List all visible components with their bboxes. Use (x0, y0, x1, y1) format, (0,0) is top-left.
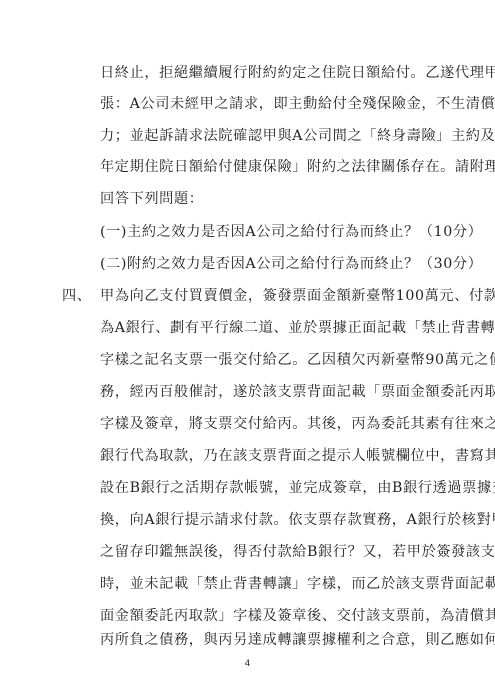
paragraph-line: 力；並起訴請求法院確認甲與A公司間之「終身壽險」主約及「一 (100, 126, 495, 146)
question-line: 時，並未記載「禁止背書轉讓」字樣，而乙於該支票背面記載「票 (100, 574, 495, 594)
question-line: 字樣之記名支票一張交付給乙。乙因積欠丙新臺幣90萬元之債 (100, 350, 495, 370)
paragraph-line: 年定期住院日額給付健康保險」附約之法律關係存在。請附理由 (100, 157, 495, 177)
page-number: 4 (0, 659, 495, 669)
question-line: 之留存印鑑無誤後，得否付款給B銀行？又，若甲於簽發該支票 (100, 542, 495, 562)
paragraph-line: 張：A公司未經甲之請求，即主動給付全殘保險金，不生清償效 (100, 94, 495, 114)
question-line: 為A銀行、劃有平行線二道、並於票據正面記載「禁止背書轉讓」 (100, 318, 495, 338)
question-line: 換，向A銀行提示請求付款。依支票存款實務，A銀行於核對甲 (100, 510, 495, 530)
document-page: 日終止，拒絕繼續履行附約約定之住院日額給付。乙遂代理甲主 張：A公司未經甲之請求… (0, 0, 495, 700)
question-four-first-line: 四、甲為向乙支付買賣價金，簽發票面金額新臺幣100萬元、付款人 (62, 286, 495, 306)
paragraph-line: 日終止，拒絕繼續履行附約約定之住院日額給付。乙遂代理甲主 (100, 63, 495, 83)
question-line: 面金額委託丙取款」字樣及簽章後、交付該支票前，為清償其對 (100, 606, 495, 626)
question-line: 甲為向乙支付買賣價金，簽發票面金額新臺幣100萬元、付款人 (100, 288, 495, 304)
question-line: 字樣及簽章，將支票交付給丙。其後，丙為委託其素有往來之B (100, 414, 495, 434)
sub-question-2: (二)附約之效力是否因A公司之給付行為而終止？（30分） (100, 254, 482, 274)
sub-question-1: (一)主約之效力是否因A公司之給付行為而終止？（10分） (100, 222, 482, 242)
question-line: 銀行代為取款，乃在該支票背面之提示人帳號欄位中，書寫其開 (100, 446, 495, 466)
paragraph-line: 回答下列問題： (100, 189, 204, 209)
question-line: 務，經丙百般催討，遂於該支票背面記載「票面金額委託丙取款」 (100, 382, 495, 402)
question-line: 丙所負之債務，與丙另達成轉讓票據權利之合意，則乙應如何為 (100, 630, 495, 650)
question-line: 設在B銀行之活期存款帳號，並完成簽章，由B銀行透過票據交 (100, 478, 495, 498)
question-number: 四、 (62, 286, 100, 306)
